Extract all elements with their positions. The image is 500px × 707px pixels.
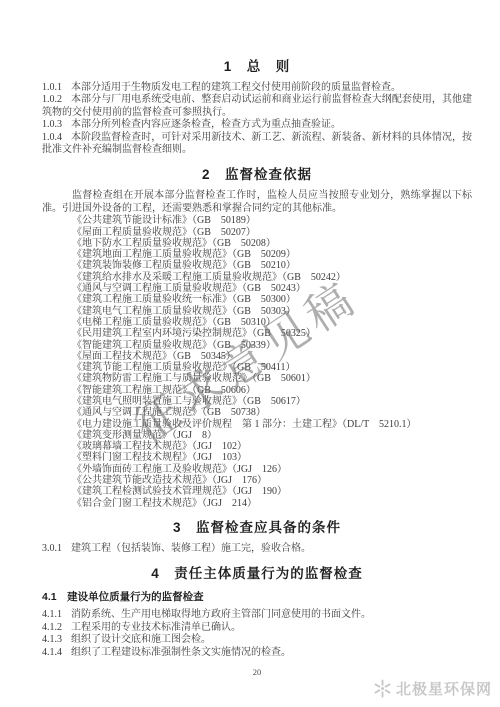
clause: 4.1.3组织了设计交底和施工图会检。: [42, 634, 472, 646]
brand-watermark: 北极星环保网: [373, 678, 492, 699]
clause: 3.0.1建筑工程（包括装饰、装修工程）施工完，验收合格。: [42, 543, 472, 555]
clause: 1.0.3本部分所列检查内容应逐条检查，检查方式为重点抽查验证。: [42, 119, 472, 131]
clause-text: 建筑工程（包括装饰、装修工程）施工完，验收合格。: [71, 543, 311, 554]
section-4-1-heading: 4.1 建设单位质量行为的监督检查: [42, 590, 472, 604]
section-1-clauses: 1.0.1本部分适用于生物质发电工程的建筑工程交付使用前阶段的质量监督检查。 1…: [42, 82, 472, 156]
clause: 1.0.1本部分适用于生物质发电工程的建筑工程交付使用前阶段的质量监督检查。: [42, 82, 472, 94]
section-4-heading: 4 责任主体质量行为的监督检查: [42, 565, 472, 582]
standard-item: 《建筑电气工程施工质量验收规范》（GB 50303）: [72, 306, 472, 317]
clause: 4.1.4组织了工程建设标准强制性条文实施情况的检查。: [42, 647, 472, 659]
clause-text: 组织了工程建设标准强制性条文实施情况的检查。: [71, 647, 291, 658]
clause-number: 4.1.4: [42, 647, 62, 658]
clause: 4.1.2工程采用的专业技术标准清单已确认。: [42, 622, 472, 634]
standard-item: 《建筑变形测量规范》（JGJ 8）: [72, 430, 472, 441]
clause-text: 本部分适用于生物质发电工程的建筑工程交付使用前阶段的质量监督检查。: [71, 82, 401, 93]
standard-item: 《地下防水工程质量验收规范》（GB 50208）: [72, 238, 472, 249]
document-content: 1 总 则 1.0.1本部分适用于生物质发电工程的建筑工程交付使用前阶段的质量监…: [42, 58, 472, 677]
clause-text: 本部分所列检查内容应逐条检查，检查方式为重点抽查验证。: [71, 119, 341, 130]
standard-item: 《电梯工程施工质量验收规范》（GB 50310）: [72, 317, 472, 328]
standard-item: 《建筑装饰装修工程质量验收规范》（GB 50210）: [72, 260, 472, 271]
standard-item: 《民用建筑工程室内环境污染控制规范》（GB 50325）: [72, 328, 472, 339]
clause-number: 4.1.1: [42, 609, 62, 620]
clause-number: 3.0.1: [42, 543, 62, 554]
section-3-clauses: 3.0.1建筑工程（包括装饰、装修工程）施工完，验收合格。: [42, 543, 472, 555]
clause-text: 本部分与厂用电系统受电前、整套启动试运前和商业运行前监督检查大纲配套使用，其他建…: [42, 94, 472, 117]
star-logo-icon: [373, 679, 392, 698]
clause-number: 1.0.3: [42, 119, 62, 130]
clause-number: 1.0.2: [42, 94, 62, 105]
brand-name: 北极星环保网: [396, 678, 492, 699]
standard-item: 《铝合金门窗工程技术规范》（JGJ 214）: [72, 498, 472, 509]
standard-item: 《建筑电气照明装置施工与验收规范》（GB 50617）: [72, 396, 472, 407]
clause-number: 4.1.3: [42, 634, 62, 645]
page-number: 20: [42, 667, 472, 677]
clause: 1.0.2本部分与厂用电系统受电前、整套启动试运前和商业运行前监督检查大纲配套使…: [42, 94, 472, 119]
standard-item: 《建筑工程检测试验技术管理规范》（JGJ 190）: [72, 486, 472, 497]
standard-item: 《屋面工程质量验收规范》（GB 50207）: [72, 227, 472, 238]
standard-item: 《智能建筑工程质量验收规范》（GB 50339）: [72, 340, 472, 351]
standard-item: 《公共建筑节能改造技术规范》（JGJ 176）: [72, 475, 472, 486]
clause: 1.0.4本阶段监督检查时，可针对采用新技术、新工艺、新流程、新装备、新材料的具…: [42, 132, 472, 157]
standard-item: 《建筑物防雷工程施工与质量验收规范》（GB 50601）: [72, 373, 472, 384]
standard-item: 《玻璃幕墙工程技术规范》（JGJ 102）: [72, 441, 472, 452]
section-3-heading: 3 监督检查应具备的条件: [42, 519, 472, 536]
standard-item: 《公共建筑节能设计标准》（GB 50189）: [72, 215, 472, 226]
standard-item: 《建筑地面工程施工质量验收规范》（GB 50209）: [72, 249, 472, 260]
standard-item: 《建筑工程施工质量验收统一标准》（GB 50300）: [72, 294, 472, 305]
standards-list: 《公共建筑节能设计标准》（GB 50189） 《屋面工程质量验收规范》（GB 5…: [42, 215, 472, 509]
clause: 4.1.1消防系统、生产用电梯取得地方政府主管部门同意使用的书面文件。: [42, 609, 472, 621]
clause-number: 4.1.2: [42, 622, 62, 633]
standard-item: 《塑料门窗工程技术规程》（JGJ 103）: [72, 452, 472, 463]
standard-item: 《建筑节能工程施工质量验收规范》（GB 50411）: [72, 362, 472, 373]
standard-item: 《通风与空调工程施工规范》（GB 50738）: [72, 407, 472, 418]
standard-item: 《屋面工程技术规范》（GB 50345）: [72, 351, 472, 362]
standard-item: 《智能建筑工程施工规范》（GB 50606）: [72, 385, 472, 396]
standard-item: 《建筑给水排水及采暖工程施工质量验收规范》（GB 50242）: [72, 272, 472, 283]
document-page: 1 总 则 1.0.1本部分适用于生物质发电工程的建筑工程交付使用前阶段的质量监…: [0, 0, 500, 707]
standard-item: 《通风与空调工程施工质量验收规范》（GB 50243）: [72, 283, 472, 294]
clause-number: 1.0.1: [42, 82, 62, 93]
clause-text: 工程采用的专业技术标准清单已确认。: [71, 622, 241, 633]
clause-text: 消防系统、生产用电梯取得地方政府主管部门同意使用的书面文件。: [71, 609, 371, 620]
standard-item: 《外墙饰面砖工程施工及验收规范》（JGJ 126）: [72, 464, 472, 475]
section-2-intro: 监督检查组在开展本部分监督检查工作时，监检人员应当按照专业划分，熟练掌握以下标准…: [42, 190, 472, 215]
section-1-heading: 1 总 则: [42, 58, 472, 75]
section-2-heading: 2 监督检查依据: [42, 166, 472, 183]
clause-text: 组织了设计交底和施工图会检。: [71, 634, 211, 645]
clause-text: 本阶段监督检查时，可针对采用新技术、新工艺、新流程、新装备、新材料的具体情况，按…: [42, 132, 472, 155]
section-4-1-clauses: 4.1.1消防系统、生产用电梯取得地方政府主管部门同意使用的书面文件。 4.1.…: [42, 609, 472, 659]
clause-number: 1.0.4: [42, 132, 62, 143]
standard-item: 《电力建设施工质量验收及评价规程 第 1 部分：土建工程》（DL/T 5210.…: [72, 419, 472, 430]
